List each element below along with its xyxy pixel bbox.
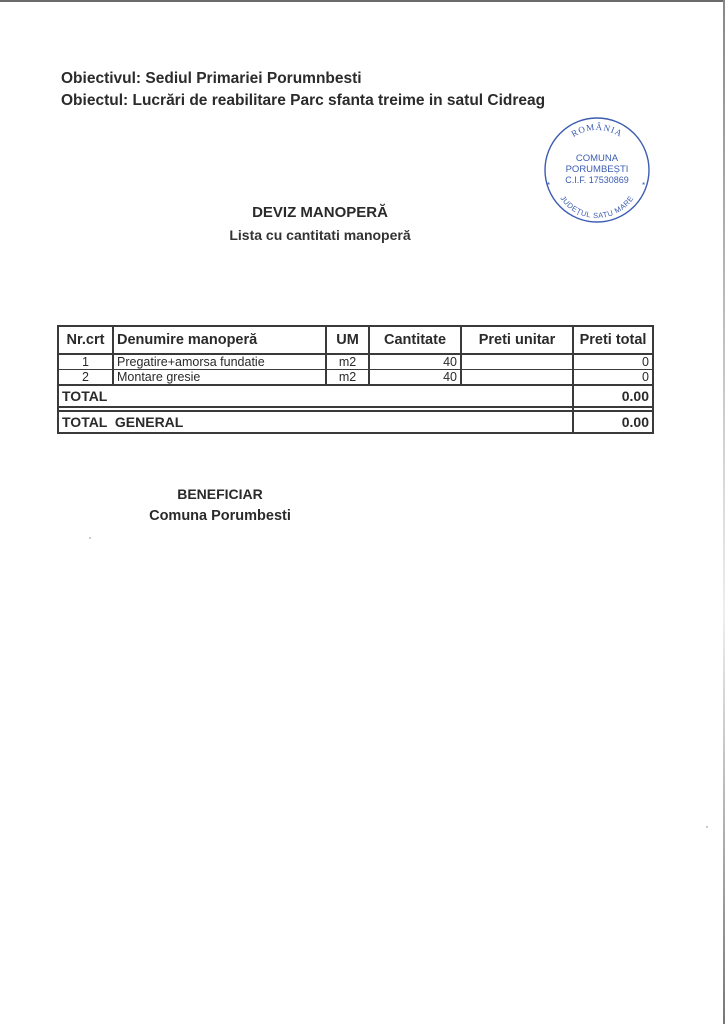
grand-total-row: TOTAL GENERAL 0.00 [58, 411, 653, 433]
obiect-line: Obiectul: Lucrări de reabilitare Parc sf… [61, 90, 545, 112]
cell-qty: 40 [369, 370, 461, 386]
document-header: Obiectivul: Sediul Primariei Porumnbesti… [61, 68, 545, 112]
beneficiary-block: BENEFICIAR Comuna Porumbesti [130, 483, 310, 527]
stamp-line1: COMUNA [576, 153, 619, 164]
scan-speck [89, 537, 91, 539]
total-row: TOTAL 0.00 [58, 385, 653, 407]
svg-text:ROMÂNIA: ROMÂNIA [569, 122, 624, 139]
header-name: Denumire manoperă [113, 326, 326, 354]
cell-total: 0 [573, 370, 653, 386]
document-title: DEVIZ MANOPERĂ Lista cu cantitati manope… [0, 202, 640, 246]
cell-qty: 40 [369, 354, 461, 370]
cell-nr: 1 [58, 354, 113, 370]
beneficiary-name: Comuna Porumbesti [130, 505, 310, 527]
title-main: DEVIZ MANOPERĂ [0, 202, 640, 224]
scan-speck [706, 826, 708, 828]
cell-total: 0 [573, 354, 653, 370]
table-row: 1 Pregatire+amorsa fundatie m2 40 0 [58, 354, 653, 370]
stamp-top-arc: ROMÂNIA [569, 122, 624, 139]
cell-um: m2 [326, 370, 369, 386]
objectiv-line: Obiectivul: Sediul Primariei Porumnbesti [61, 68, 545, 90]
header-total-price: Preti total [573, 326, 653, 354]
grand-total-value: 0.00 [573, 411, 653, 433]
page-top-edge [0, 0, 725, 2]
header-um: UM [326, 326, 369, 354]
svg-text:*: * [547, 181, 550, 190]
header-unit-price: Preti unitar [461, 326, 573, 354]
total-value: 0.00 [573, 385, 653, 407]
cell-unit-price [461, 370, 573, 386]
stamp-line2: PORUMBEȘTI [566, 164, 629, 175]
cell-name: Pregatire+amorsa fundatie [113, 354, 326, 370]
title-sub: Lista cu cantitati manoperă [0, 224, 640, 246]
total-label: TOTAL [58, 385, 573, 407]
header-qty: Cantitate [369, 326, 461, 354]
beneficiary-label: BENEFICIAR [130, 483, 310, 505]
labor-table: Nr.crt Denumire manoperă UM Cantitate Pr… [57, 325, 654, 434]
table-row: 2 Montare gresie m2 40 0 [58, 370, 653, 386]
cell-name: Montare gresie [113, 370, 326, 386]
stamp-line3: C.I.F. 17530869 [565, 175, 629, 185]
grand-total-label: TOTAL GENERAL [58, 411, 573, 433]
cell-um: m2 [326, 354, 369, 370]
cell-nr: 2 [58, 370, 113, 386]
table-header-row: Nr.crt Denumire manoperă UM Cantitate Pr… [58, 326, 653, 354]
svg-text:*: * [642, 181, 645, 190]
header-nr: Nr.crt [58, 326, 113, 354]
cell-unit-price [461, 354, 573, 370]
